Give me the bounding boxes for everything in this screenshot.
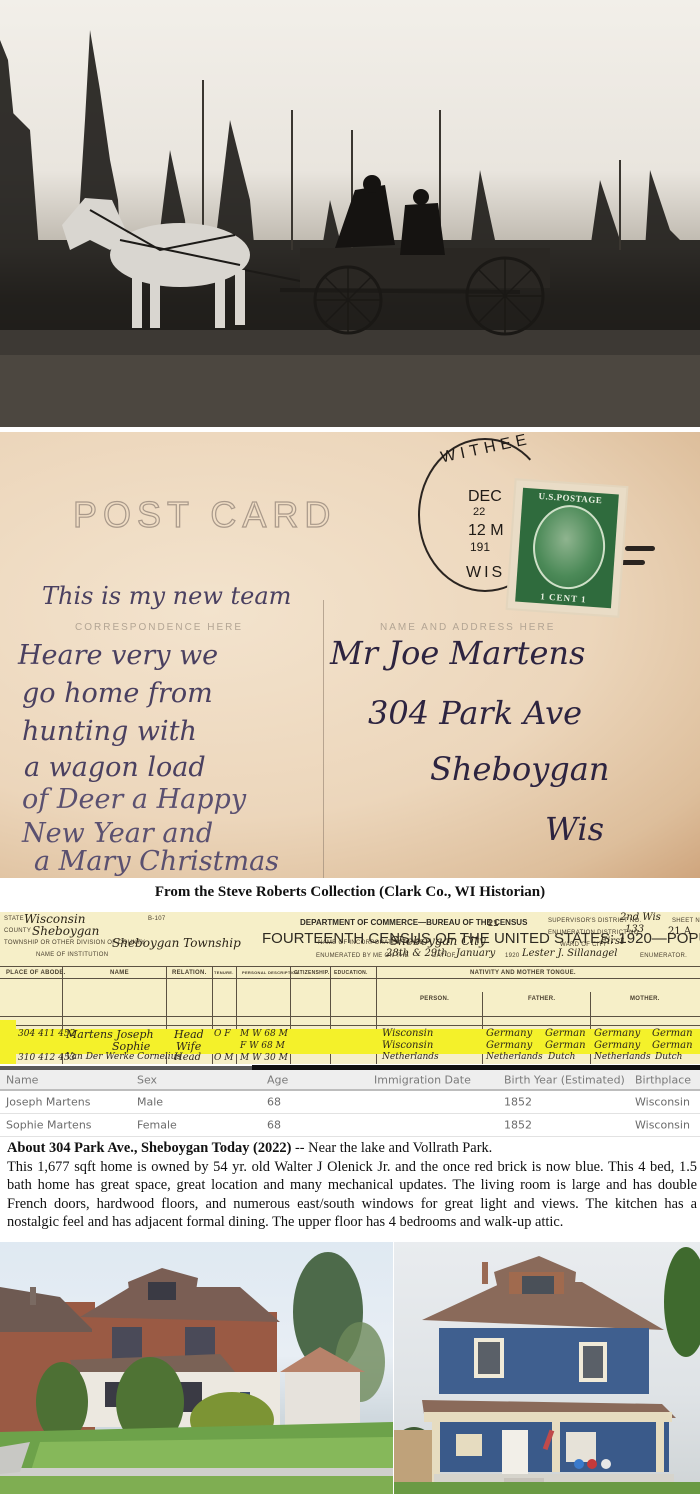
postmark-month: DEC [468,488,502,506]
postage-stamp: U.S.POSTAGE 1 CENT 1 [508,480,627,615]
stamp-top-text: U.S.POSTAGE [522,490,618,507]
washington-portrait [530,503,608,592]
county-label: COUNTY [4,928,31,934]
form-number: B-107 [148,916,166,922]
cell-name: Sophie Martens [6,1119,92,1132]
postmark-time: 12 M [468,522,504,540]
nativity-subheader: PERSON. [420,996,449,1002]
census-name: Van Der Werke Cornelius [66,1052,181,1062]
historic-wagon-photo [0,0,700,427]
col-header: PERSONAL DESCRIPTION. [242,970,300,975]
year-printed: 1920 [505,953,520,959]
message-line: hunting with [22,716,197,747]
institution-label: NAME OF INSTITUTION [36,952,108,958]
collection-caption: From the Steve Roberts Collection (Clark… [0,884,700,901]
cell-sex: Male [137,1096,163,1109]
col-header: EDUCATION. [334,970,368,976]
census-form-1920: STATE Wisconsin COUNTY Sheboygan TOWNSHI… [0,912,700,1064]
month-value: January [456,948,495,959]
census-relation: Head [174,1052,201,1063]
township-value: Sheboygan Township [112,936,241,950]
address-label: NAME AND ADDRESS HERE [380,622,555,633]
census-number: 21 [488,918,499,928]
cell-age: 68 [267,1096,281,1109]
column-header-birth-year[interactable]: Birth Year (Estimated) [504,1073,625,1086]
day-of-label: DAY OF [432,953,456,959]
census-mother-birthplace: Germany [594,1040,640,1051]
cell-birth-year: 1852 [504,1119,532,1132]
postmark-day: 22 [473,506,485,518]
message-line: go home from [22,678,213,709]
col-header: NATIVITY AND MOTHER TONGUE. [470,970,576,976]
message-line: a wagon load [24,752,206,783]
postmark-state: WIS [466,564,505,582]
col-header: TENURE. [214,970,234,975]
census-desc: F W 68 M [240,1041,285,1051]
enumeration-value: 133 [625,924,644,935]
stamp-bottom-text: 1 CENT 1 [515,590,611,607]
message-line: of Deer a Happy [22,784,246,815]
postmark-year: 191 [470,540,490,554]
correspondence-label: CORRESPONDENCE HERE [75,622,243,633]
census-mother-tongue: German [652,1040,693,1051]
column-header-age[interactable]: Age [267,1073,288,1086]
house-photo-today [394,1242,700,1494]
table-header: Name Sex Age Immigration Date Birth Year… [0,1070,700,1091]
census-desc: M W 68 M [240,1029,288,1039]
nativity-subheader: MOTHER. [630,996,660,1002]
column-header-immigration-date[interactable]: Immigration Date [374,1073,471,1086]
message-line: a Mary Christmas [34,846,279,877]
ward-value: First [600,936,624,947]
sheet-label: SHEET NO. [672,918,700,924]
about-heading: About 304 Park Ave., Sheboygan Today (20… [7,1140,291,1156]
col-header: RELATION. [172,970,207,976]
postcard-divider [323,600,324,878]
cell-age: 68 [267,1119,281,1132]
cell-birthplace: Wisconsin [635,1119,690,1132]
place-value: Sheboygan City [390,934,486,948]
census-father-birthplace: Germany [486,1040,532,1051]
census-father-tongue: German [545,1040,586,1051]
state-label: STATE [4,916,24,922]
nativity-subheader: FATHER. [528,996,555,1002]
census-mother-birthplace: Netherlands [594,1052,651,1062]
address-line: Mr Joe Martens [330,634,585,672]
wagon-photo-illustration [0,0,700,427]
census-father-tongue: German [545,1028,586,1039]
cancel-mark [625,546,655,551]
message-line: Heare very we [18,640,218,671]
blue-house-illustration [394,1242,700,1494]
census-birthplace: Netherlands [382,1052,439,1062]
about-heading-suffix: -- Near the lake and Vollrath Park. [291,1140,492,1156]
cell-sex: Female [137,1119,177,1132]
cell-name: Joseph Martens [6,1096,90,1109]
message-line: New Year and [22,818,213,849]
cell-birthplace: Wisconsin [635,1096,690,1109]
about-house-text: About 304 Park Ave., Sheboygan Today (20… [7,1139,697,1232]
column-header-name[interactable]: Name [6,1073,38,1086]
cell-birth-year: 1852 [504,1096,532,1109]
census-tenure: O F [214,1029,230,1039]
census-mother-tongue: German [652,1028,693,1039]
col-header: NAME [110,970,129,976]
supervisor-value: 2nd Wis [620,912,661,923]
postcard-back: POST CARD CORRESPONDENCE HERE NAME AND A… [0,432,700,878]
enumerator-value: Lester J. Sillanagel [522,948,618,959]
address-line: Wis [545,810,604,848]
cancel-mark [620,560,645,565]
census-mother-birthplace: Germany [594,1028,640,1039]
sheet-value: 21 A [668,926,691,937]
census-birthplace: Wisconsin [382,1040,433,1051]
census-father-birthplace: Germany [486,1028,532,1039]
red-brick-house-illustration [0,1242,393,1494]
census-father-birthplace: Netherlands [486,1052,543,1062]
census-birthplace: Wisconsin [382,1028,433,1039]
table-row[interactable]: Joseph Martens Male 68 1852 Wisconsin [0,1091,700,1114]
message-line: This is my new team [42,582,291,610]
about-body: This 1,677 sqft home is owned by 54 yr. … [7,1159,697,1231]
address-line: 304 Park Ave [368,694,582,732]
postcard-printed-title: POST CARD [73,494,336,536]
column-header-birthplace[interactable]: Birthplace [635,1073,691,1086]
county-value: Sheboygan [32,924,99,938]
census-tenure: O M [214,1053,233,1063]
col-header: CITIZENSHIP. [294,970,329,976]
address-line: Sheboygan [430,750,609,788]
census-desc: M W 30 M [240,1053,288,1063]
table-row[interactable]: Sophie Martens Female 68 1852 Wisconsin [0,1114,700,1137]
row-marker [0,1020,16,1064]
census-mother-tongue: Dutch [655,1052,682,1062]
column-header-sex[interactable]: Sex [137,1073,157,1086]
census-records-table: Name Sex Age Immigration Date Birth Year… [0,1070,700,1137]
house-photo-before [0,1242,393,1494]
census-father-tongue: Dutch [548,1052,575,1062]
enumerator-label: ENUMERATOR. [640,953,687,959]
col-header: PLACE OF ABODE. [6,970,66,976]
